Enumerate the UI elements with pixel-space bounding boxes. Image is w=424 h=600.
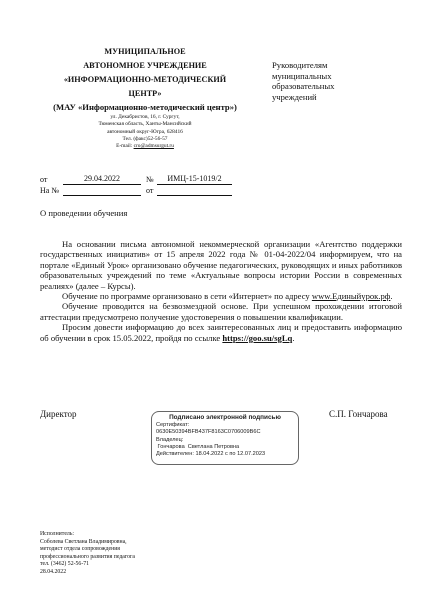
stamp-title: Подписано электронной подписью	[156, 414, 294, 421]
certificate-label: Сертификат:	[156, 422, 294, 429]
letter-body: На основании письма автономной некоммерч…	[40, 239, 402, 343]
letter-date: 29.04.2022	[63, 174, 141, 185]
executor-line: 28.04.2022	[40, 569, 135, 577]
paragraph-end: .	[390, 291, 392, 301]
paragraph-basis: На основании письма автономной некоммерч…	[40, 239, 402, 291]
reply-number-field	[63, 185, 141, 196]
executor-line: Соболева Светлана Владимировна,	[40, 539, 135, 547]
executor-line: методист отдела сопровождения	[40, 546, 135, 554]
signatory-position: Директор	[40, 409, 77, 419]
owner-label: Владелец:	[156, 437, 294, 444]
certificate-id: 0630E50394BFB437F8163C0706009B6C	[156, 429, 294, 436]
subject-line: О проведении обучения	[40, 208, 127, 218]
signatory-name: С.П. Гончарова	[329, 409, 388, 419]
electronic-signature-stamp: Подписано электронной подписью Сертифика…	[151, 411, 299, 465]
paragraph-internet: Обучение по программе организовано в сет…	[40, 291, 402, 301]
reply-from-label: от	[146, 186, 153, 195]
reply-date-field	[157, 185, 232, 196]
survey-link[interactable]: https://goo.su/sgLq	[222, 333, 292, 343]
paragraph-free: Обучение проводится на безвозмездной осн…	[40, 301, 402, 322]
letter-number: ИМЦ-15-1019/2	[157, 174, 232, 185]
owner-name: Гончарова Светлана Петровна	[156, 444, 294, 451]
reply-number-label: На №	[40, 186, 59, 195]
registration-block: от 29.04.2022 № ИМЦ-15-1019/2 На № от	[0, 0, 424, 200]
executor-block: Исполнитель: Соболева Светлана Владимиро…	[40, 531, 135, 577]
executor-line: Исполнитель:	[40, 531, 135, 539]
executor-line: тел. (3462) 52-56-71	[40, 561, 135, 569]
paragraph-request: Просим довести информацию до всех заинте…	[40, 322, 402, 343]
number-label: №	[146, 175, 154, 184]
paragraph-end: .	[292, 333, 294, 343]
from-label: от	[40, 175, 47, 184]
paragraph-text: Обучение по программе организовано в сет…	[62, 291, 312, 301]
website-link[interactable]: www.Единыйурок.рф	[312, 291, 390, 301]
validity: Действителен: 18.04.2022 с по 12.07.2023	[156, 451, 294, 458]
paragraph-text: Просим довести информацию до всех заинте…	[40, 322, 402, 342]
